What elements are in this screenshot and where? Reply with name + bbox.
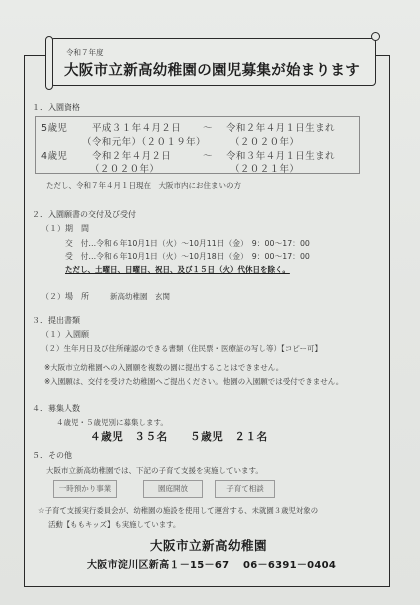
document-item-2: （２）生年月日及び住所確認のできる書類（住民票・医療証の写し等）【コピー可】: [41, 343, 322, 354]
enrollment-notice: 令和７年度 大阪市立新高幼稚園の園児募集が始まります １．入園資格 5歳児 平成…: [0, 0, 420, 605]
footer-phone: 06－6391－0404: [243, 556, 336, 571]
eligibility-4-to-era: （２０２１年）: [230, 161, 299, 175]
footer-school-name: 大阪市立新高幼稚園: [150, 536, 267, 554]
eligibility-note: ただし、令和７年４月１日現在 大阪市内にお住まいの方: [46, 180, 241, 191]
eligibility-5-from-era: （令和元年）（２０１９年）: [82, 134, 206, 148]
quota-description: ４歳児・５歳児別に募集します。: [56, 417, 168, 428]
eligibility-5-tilde: ～: [203, 120, 213, 134]
section1-heading: １．入園資格: [32, 102, 80, 113]
quota-5-year: ５歳児 ２１名: [190, 429, 268, 444]
document-item-1: （１）入園願: [41, 329, 89, 340]
quota-4-year: ４歳児 ３５名: [90, 429, 168, 444]
notice-title: 大阪市立新高幼稚園の園児募集が始まります: [64, 59, 360, 80]
support-parenting-consult: 子育て相談: [215, 480, 275, 498]
support-temporary-care: 一時預かり事業: [53, 480, 117, 498]
support-garden-open: 園庭開放: [143, 480, 203, 498]
scroll-curl-right-icon: [371, 32, 380, 41]
section5-heading: ５．その他: [32, 450, 72, 461]
period-label: （１）期 間: [41, 223, 89, 234]
eligibility-4-tilde: ～: [203, 148, 213, 162]
receipt-period: 受 付…令和６年10月1日（火）～10月18日（金） 9：00～17：00: [65, 251, 310, 262]
section4-heading: ４．募集人数: [32, 403, 80, 414]
period-exception-note: ただし、土曜日、日曜日、祝日、及び１５日（火）代休日を除く。: [65, 264, 290, 275]
eligibility-4-to: 令和３年４月１日生まれ: [226, 148, 335, 162]
eligibility-4-from: 令和２年４月２日: [92, 148, 171, 162]
eligibility-5-to: 令和２年４月１日生まれ: [226, 120, 335, 134]
eligibility-4-from-era: （２０２０年）: [90, 161, 159, 175]
place-value: 新高幼稚園 玄関: [110, 291, 170, 302]
document-note-2: ※入園願は、交付を受けた幼稚園へご提出ください。他園の入園願では受付できません。: [44, 376, 343, 387]
section3-heading: ３．提出書類: [32, 315, 80, 326]
support-description: 大阪市立新高幼稚園では、下記の子育て支援を実施しています。: [46, 465, 263, 476]
momo-kids-note-line2: 活動【ももキッズ】も実施しています。: [48, 519, 180, 530]
eligibility-5-from: 平成３１年４月２日: [92, 120, 181, 134]
document-note-1: ※大阪市立幼稚園への入園願を複数の園に提出することはできません。: [44, 362, 283, 373]
eligibility-5-to-era: （２０２０年）: [230, 134, 299, 148]
momo-kids-note-line1: ☆子育て支援実行委員会が、幼稚園の施設を使用して運営する、未就園３歳児対象の: [38, 505, 318, 516]
fiscal-year-label: 令和７年度: [66, 47, 104, 58]
issue-period: 交 付…令和６年10月1日（火）～10月11日（金） 9：00～17：00: [65, 238, 310, 249]
section2-heading: ２．入園願書の交付及び受付: [32, 209, 136, 220]
eligibility-age-5: 5歳児: [41, 120, 67, 134]
footer-address: 大阪市淀川区新高１－15－67: [87, 556, 229, 571]
scroll-curl-left-icon: [45, 36, 53, 90]
place-label: （２）場 所: [41, 291, 89, 302]
eligibility-age-4: 4歳児: [41, 148, 67, 162]
